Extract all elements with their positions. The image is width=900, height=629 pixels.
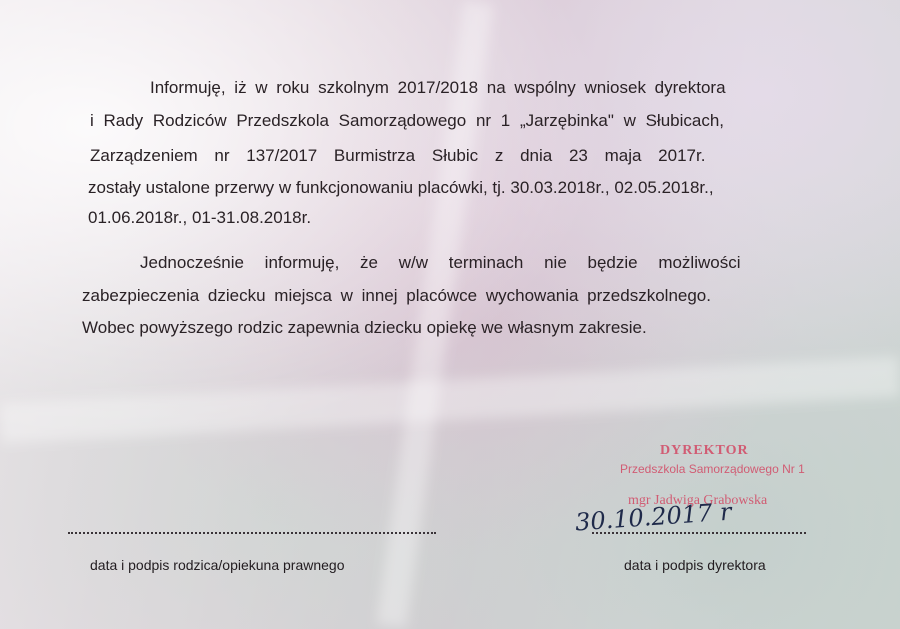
- parent-signature-line: [68, 532, 436, 534]
- director-signature-line: [592, 532, 806, 534]
- stamp-institution: Przedszkola Samorządowego Nr 1: [620, 462, 805, 476]
- paragraph2-line2: zabezpieczenia dziecku miejsca w innej p…: [82, 286, 711, 306]
- paragraph2-line1: Jednocześnie informuję, że w/w terminach…: [140, 253, 741, 273]
- paragraph1-line4: zostały ustalone przerwy w funkcjonowani…: [88, 178, 714, 198]
- director-signature-label: data i podpis dyrektora: [624, 557, 766, 573]
- paragraph1-line3: Zarządzeniem nr 137/2017 Burmistrza Słub…: [90, 146, 705, 166]
- parent-signature-label: data i podpis rodzica/opiekuna prawnego: [90, 557, 345, 573]
- paragraph1-line2: i Rady Rodziców Przedszkola Samorządoweg…: [90, 111, 724, 131]
- paragraph1-line5: 01.06.2018r., 01-31.08.2018r.: [88, 208, 311, 228]
- handwritten-date: 30.10.2017 r: [574, 498, 732, 537]
- paragraph1-line1: Informuję, iż w roku szkolnym 2017/2018 …: [150, 78, 726, 98]
- document-page: Informuję, iż w roku szkolnym 2017/2018 …: [0, 0, 900, 629]
- paper-crease: [0, 356, 900, 443]
- paragraph2-line3: Wobec powyższego rodzic zapewnia dziecku…: [82, 318, 647, 338]
- stamp-title: DYREKTOR: [660, 443, 749, 459]
